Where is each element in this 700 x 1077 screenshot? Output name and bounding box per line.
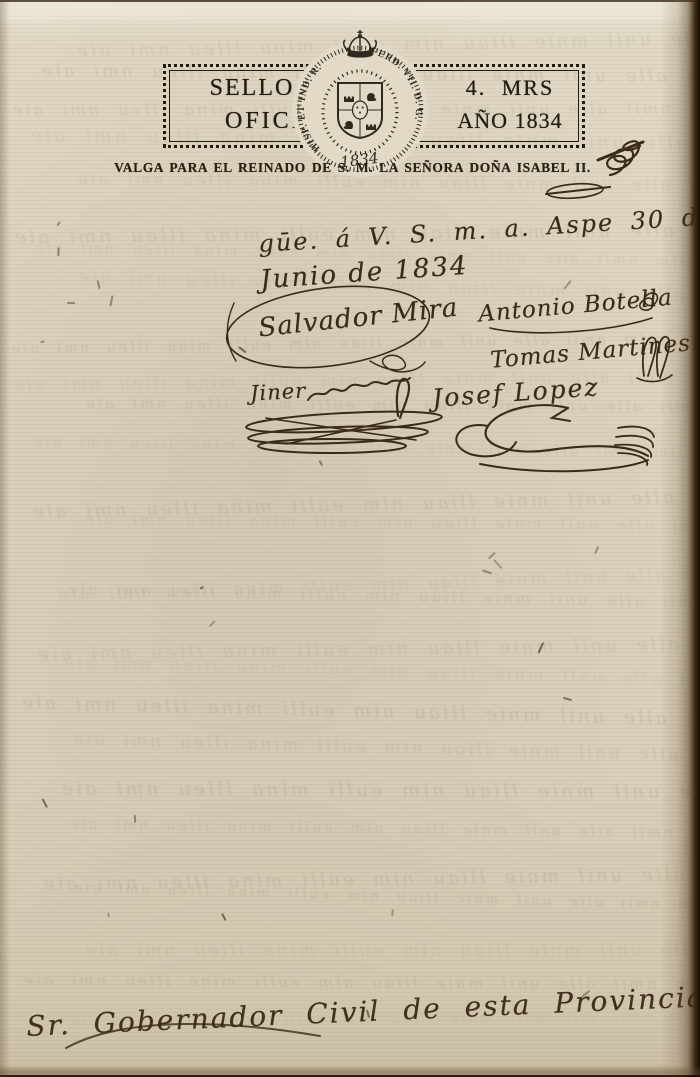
addressee-flourish: [58, 996, 328, 1058]
stamp-value: 4. MRS: [444, 75, 576, 101]
ink-speck: [110, 296, 114, 307]
lion-glyph-tr: [367, 93, 376, 101]
ink-speck: [391, 909, 393, 916]
ink-speck: [107, 913, 109, 918]
validation-banner: VALGA PARA EL REINADO DE S. M. LA SEÑORA…: [110, 160, 595, 176]
ink-speck: [319, 460, 323, 466]
page-left-edge: [0, 0, 10, 1077]
lopez-flourish: [418, 398, 656, 484]
seal-legend-left: HISP. ET IND. R.: [297, 62, 324, 152]
lion-glyph-bl: [344, 121, 353, 129]
signature-jiner: Jiner: [249, 379, 306, 406]
ink-speck: [67, 302, 75, 304]
bourbon-escutcheon: [353, 101, 368, 119]
bleedthrough-row: uilm nmii alle unil mnie lliau nim eulli…: [59, 778, 700, 809]
bleedthrough-row: uilm nmii alle unil mnie lliau nim eulli…: [82, 509, 700, 544]
ink-speck: [222, 913, 227, 921]
document-scan-page: uilm nmii alle unil mnie lliau nim eulli…: [0, 0, 700, 1077]
ink-speck: [57, 247, 59, 256]
ink-speck: [134, 815, 136, 823]
bleedthrough-row: uilm nmii alle unil mnie lliau nim eulli…: [83, 940, 700, 960]
ink-speck: [563, 697, 572, 701]
ink-speck: [208, 620, 215, 627]
paraph-flourish: [544, 134, 664, 214]
ink-speck: [57, 221, 62, 226]
page-bottom-edge: [0, 1065, 700, 1077]
bleedthrough-row: uilm nmii alle unil mnie lliau nim eulli…: [67, 817, 700, 852]
seal-shield-icon: [338, 83, 382, 138]
castle-glyph-br: [366, 125, 376, 131]
page-top-edge: [0, 0, 700, 26]
stamp-year: AÑO 1834: [444, 108, 576, 134]
ink-speck: [594, 546, 599, 554]
castle-glyph-tl: [344, 97, 354, 103]
ink-speck: [41, 798, 47, 807]
page-right-edge: [660, 0, 700, 1077]
ink-speck: [493, 559, 502, 569]
bleedthrough-row: uilm nmii alle unil mnie lliau nim eulli…: [65, 580, 700, 628]
